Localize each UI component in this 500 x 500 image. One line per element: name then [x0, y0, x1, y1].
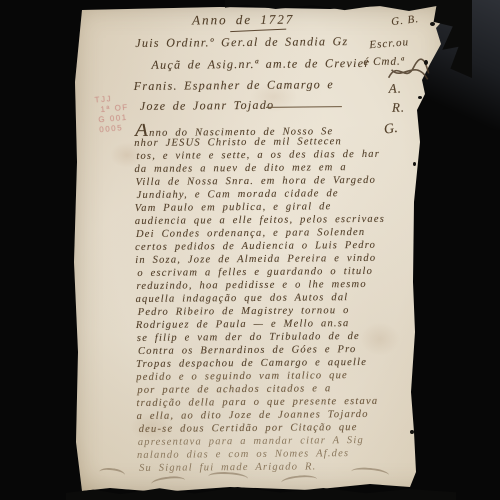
year-heading: Anno de 1727 — [192, 12, 294, 29]
showthrough-flourish — [281, 474, 318, 488]
body-line: Tropas despachou de Camargo e aquelle — [136, 356, 400, 371]
edge-speck — [430, 22, 435, 26]
year-underline — [230, 29, 286, 32]
edge-speck — [424, 60, 428, 65]
body-line: reduzindo, hoa pedidisse e o lhe mesmo — [136, 278, 399, 293]
body-line: a ella, ao dito Joze de Joannes Tojardo — [137, 408, 401, 423]
margin-note: Escr.ou — [369, 36, 410, 51]
edge-speck — [410, 430, 414, 434]
scanned-manuscript-photo: Anno de 1727 Juis Ordinr.º Ger.al de San… — [0, 0, 500, 500]
header-line: Franis. Espanher de Camargo e — [134, 77, 334, 94]
body-paragraph: Anno do Nascimento de Nosso Se nhor JESU… — [134, 122, 401, 475]
header-line: Auçã de Asig.nr.ª am.te de Crevier — [151, 56, 370, 73]
margin-note: R. — [392, 100, 405, 116]
showthrough-flourish — [98, 467, 125, 481]
header-line: Joze de Joanr Tojado — [140, 98, 275, 114]
handwriting-layer: Anno de 1727 Juis Ordinr.º Ger.al de San… — [0, 0, 500, 500]
showthrough-flourish — [151, 475, 186, 490]
header-rule-dash — [266, 106, 342, 108]
body-line: Villa de Nossa Snra. em hora de Vargedo — [135, 174, 398, 189]
body-line: apresentava para a mandar citar A Sig — [138, 434, 401, 449]
header-line: Juis Ordinr.º Ger.al de Sandia Gz — [135, 34, 348, 51]
body-line: tos, e vinte e sette, a os des dias de h… — [136, 148, 398, 163]
archive-stamp: TJJ 1ª OF G 001 0005 — [94, 93, 131, 136]
edge-speck — [413, 162, 416, 166]
edge-speck — [418, 96, 422, 99]
margin-note: G. B. — [391, 13, 420, 28]
